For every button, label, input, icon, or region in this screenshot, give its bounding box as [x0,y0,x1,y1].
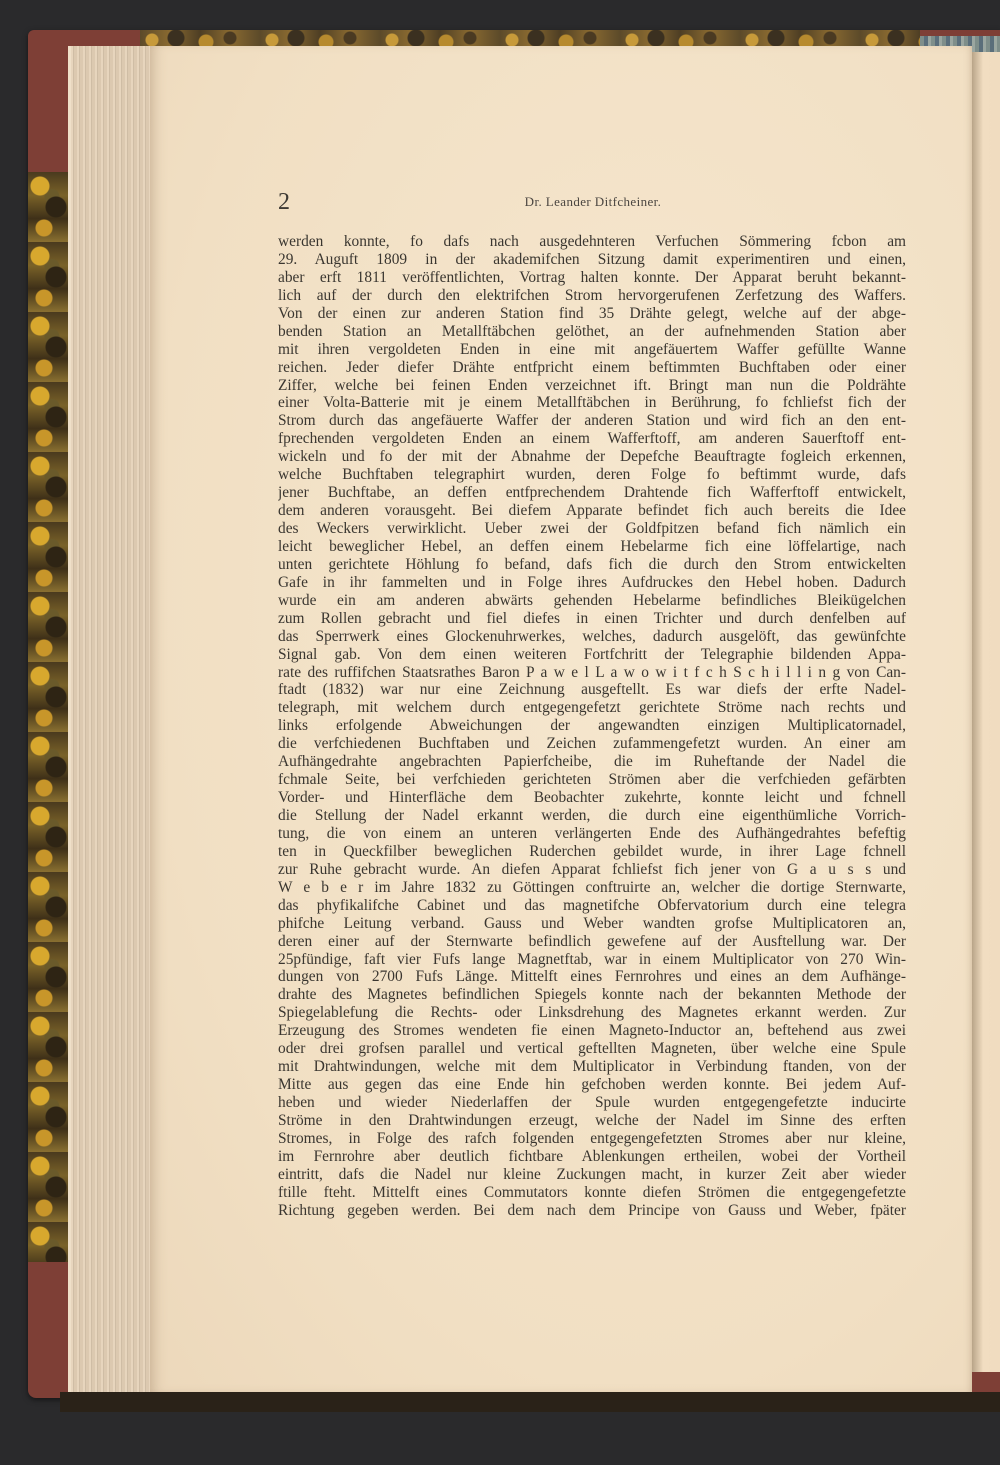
text-line: einer Volta-Batterie mit je einem Metall… [278,394,906,412]
text-line: 29. Auguft 1809 in der akademifchen Sitz… [278,251,906,269]
bottom-cover-edge [60,1392,1000,1412]
text-line: eintritt, dafs die Nadel nur kleine Zuck… [278,1166,906,1184]
text-line: fchmale Seite, bei verfchieden gerichtet… [278,771,906,789]
text-line: wurde ein am anderen abwärts gehenden He… [278,592,906,610]
text-line: telegraph, mit welchem durch entgegengef… [278,699,906,717]
text-line: rate des ruffifchen Staatsrathes Baron P… [278,664,906,682]
text-line: Richtung gegeben werden. Bei dem nach de… [278,1202,906,1220]
text-line: im Fernrohre aber deutlich fichtbare Abl… [278,1148,906,1166]
text-line: zur Ruhe gebracht wurde. An diefen Appar… [278,861,906,879]
text-line: oder drei grofsen parallel und vertical … [278,1040,906,1058]
text-line: zum Rollen gebracht und fiel diefes in e… [278,610,906,628]
text-line: dem anderen vorausgeht. Bei diefem Appar… [278,502,906,520]
text-line: reichen. Jeder diefer Drähte entfpricht … [278,359,906,377]
text-line: W e b e r im Jahre 1832 zu Göttingen con… [278,879,906,897]
text-line: Mitte aus gegen das eine Ende hin gefcho… [278,1076,906,1094]
text-line: tung, die von einem an unteren verlänger… [278,825,906,843]
page-gutter [972,52,1000,1372]
running-head-title: Dr. Leander Ditfcheiner. [278,194,908,210]
text-line: Vorder- und Hinterfläche dem Beobachter … [278,789,906,807]
text-line: ten in Queckfilber beweglichen Ruderchen… [278,843,906,861]
text-line: drahte des Magnetes befindlichen Spiegel… [278,986,906,1004]
text-line: Strom durch das angefäuerte Waffer der a… [278,412,906,430]
running-head: 2 Dr. Leander Ditfcheiner. [278,188,908,218]
text-line: die Stellung der Nadel erkannt werden, d… [278,807,906,825]
text-line: Aufhängedrahte angebrachten Papierfcheib… [278,753,906,771]
text-line: links erfolgende Abweichungen der angewa… [278,717,906,735]
text-line: heben und wieder Niederlaffen der Spule … [278,1094,906,1112]
text-line: Ziffer, welche bei feinen Enden verzeich… [278,377,906,395]
text-line: ftadt (1832) war nur eine Zeichnung ausg… [278,681,906,699]
text-line: mit ihren vergoldeten Enden in eine mit … [278,341,906,359]
text-line: Erzeugung des Stromes wendeten fie einen… [278,1022,906,1040]
text-line: fprechenden vergoldeten Enden an einem W… [278,430,906,448]
text-line: leicht beweglicher Hebel, an deffen eine… [278,538,906,556]
text-line: Von der einen zur anderen Station find 3… [278,305,906,323]
text-line: jener Buchftabe, an deffen entfprechende… [278,484,906,502]
text-line: das phyfikalifche Cabinet und das magnet… [278,897,906,915]
text-line: die verfchiedenen Buchftaben und Zeichen… [278,735,906,753]
text-line: 25pfündige, faft vier Fufs lange Magnetf… [278,951,906,969]
text-line: Stromes, in Folge des rafch folgenden en… [278,1130,906,1148]
text-line: ftille fteht. Mittelft eines Commutators… [278,1184,906,1202]
text-line: dungen von 2700 Fufs Länge. Mittelft ein… [278,968,906,986]
text-line: des Weckers verwirklicht. Ueber zwei der… [278,520,906,538]
text-line: lich auf der durch den elektrifchen Stro… [278,287,906,305]
text-line: das Sperrwerk eines Glockenuhrwerkes, we… [278,628,906,646]
text-line: phifche Leitung verband. Gauss und Weber… [278,915,906,933]
text-line: werden konnte, fo dafs nach ausgedehnter… [278,233,906,251]
page-edges [68,46,153,1392]
text-line: mit Drahtwindungen, welche mit dem Multi… [278,1058,906,1076]
text-line: welche Buchftaben telegraphirt wurden, d… [278,466,906,484]
text-line: aber erft 1811 veröffentlichten, Vortrag… [278,269,906,287]
text-line: deren einer auf der Sternwarte befindlic… [278,933,906,951]
text-line: Ströme in den Drahtwindungen erzeugt, we… [278,1112,906,1130]
text-line: Spiegelablefung die Rechts- oder Linksdr… [278,1004,906,1022]
text-line: wickeln und fo der mit der Abnahme der D… [278,448,906,466]
text-line: benden Station an Metallftäbchen gelöthe… [278,323,906,341]
text-line: Signal gab. Von dem einen weiteren Fortf… [278,646,906,664]
text-line: Gafe in ihr fammelten und in Folge ihres… [278,574,906,592]
marbled-board-side [28,172,68,1262]
text-line: unten gerichtete Höhlung fo befand, dafs… [278,556,906,574]
body-text: werden konnte, fo dafs nach ausgedehnter… [278,233,906,1220]
